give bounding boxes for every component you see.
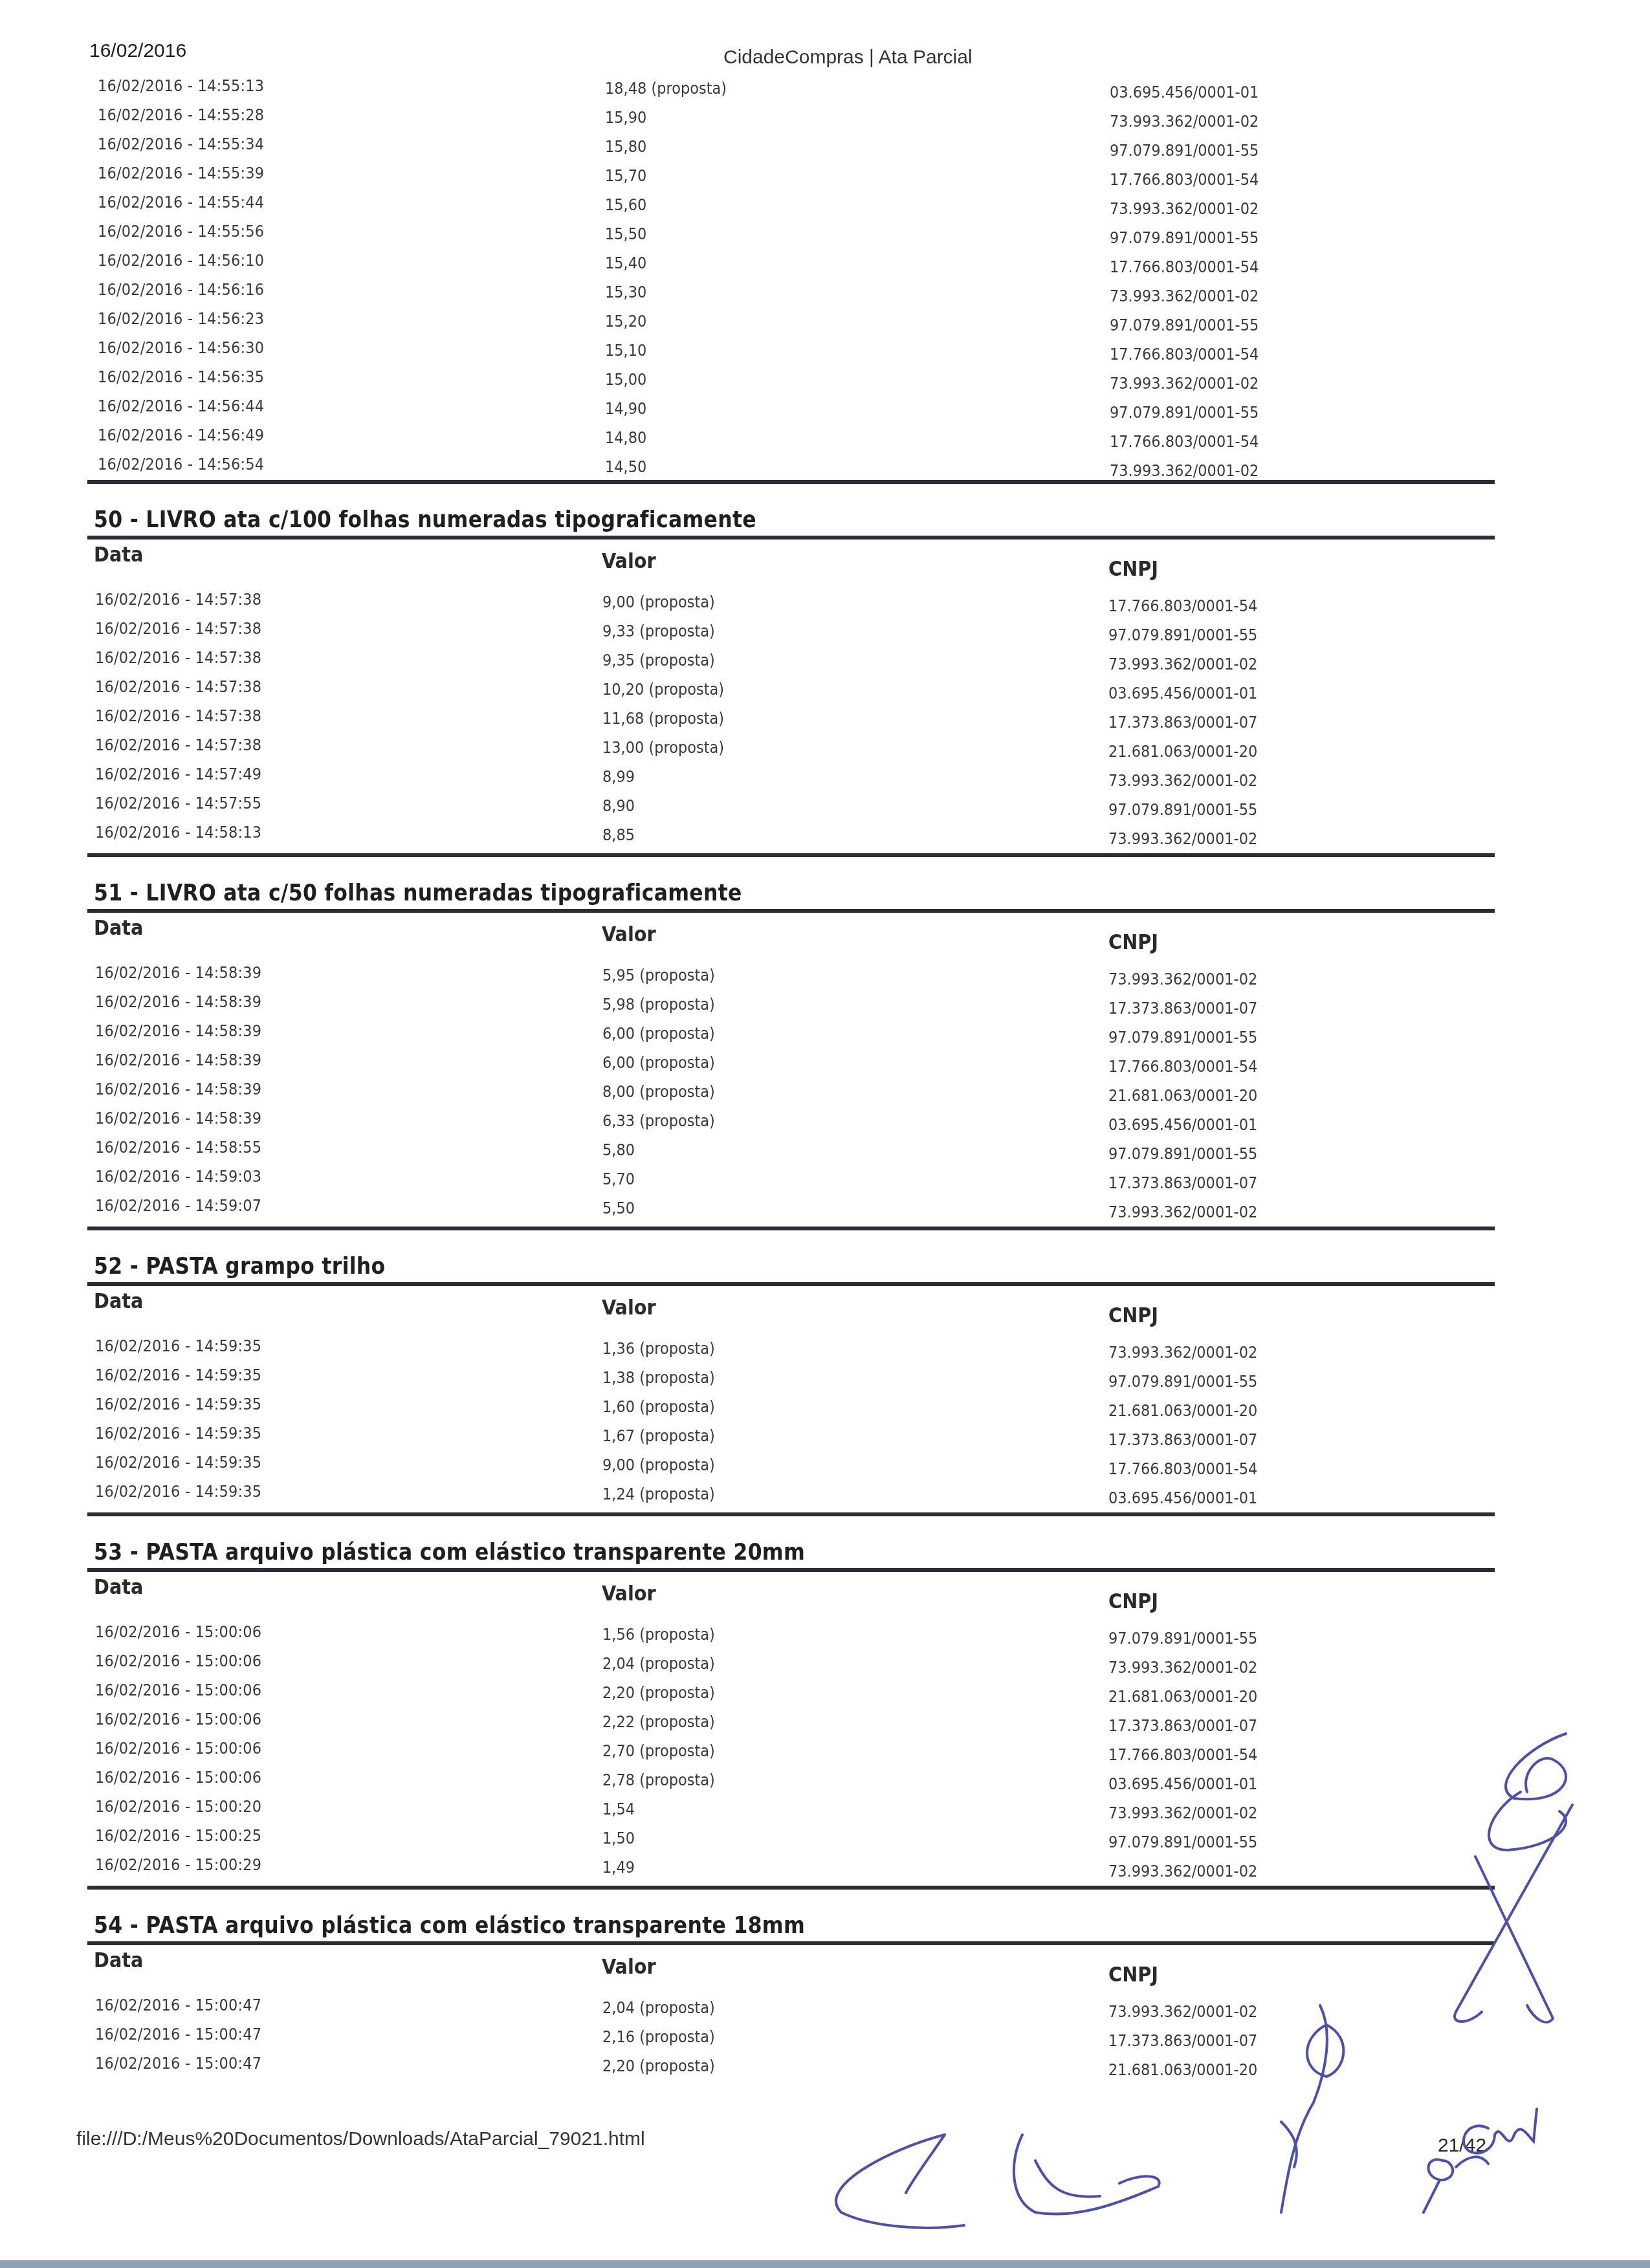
bid-date: 16/02/2016 - 14:59:03 xyxy=(95,1167,261,1186)
bid-value: 9,00 (proposta) xyxy=(602,593,715,611)
bid-row: 16/02/2016 - 14:57:558,9097.079.891/0001… xyxy=(87,790,1495,819)
column-headers: DataValorCNPJ xyxy=(87,913,1495,959)
bid-row: 16/02/2016 - 14:58:396,00 (proposta)97.0… xyxy=(87,1018,1495,1047)
bid-value: 1,49 xyxy=(602,1858,635,1877)
bid-date: 16/02/2016 - 14:55:44 xyxy=(98,193,264,212)
bid-cnpj: 73.993.362/0001-02 xyxy=(1108,771,1257,790)
bid-date: 16/02/2016 - 15:00:06 xyxy=(95,1681,261,1699)
bid-value: 15,70 xyxy=(605,166,646,185)
bid-row: 16/02/2016 - 14:57:389,33 (proposta)97.0… xyxy=(87,615,1495,644)
bid-date: 16/02/2016 - 14:56:35 xyxy=(98,367,264,386)
bid-row: 16/02/2016 - 14:56:1015,4017.766.803/000… xyxy=(87,247,1495,276)
bid-cnpj: 17.766.803/0001-54 xyxy=(1108,596,1257,615)
bid-date: 16/02/2016 - 15:00:06 xyxy=(95,1768,261,1787)
bid-value: 5,95 (proposta) xyxy=(602,966,715,985)
bid-date: 16/02/2016 - 14:55:34 xyxy=(98,135,264,153)
bid-row: 16/02/2016 - 14:57:3813,00 (proposta)21.… xyxy=(87,732,1495,761)
section-divider xyxy=(87,1512,1495,1516)
item-section: 53 - PASTA arquivo plástica com elástico… xyxy=(87,1537,1495,1890)
bid-cnpj: 73.993.362/0001-02 xyxy=(1108,1862,1257,1881)
bid-cnpj: 17.766.803/0001-54 xyxy=(1108,1057,1257,1076)
bid-date: 16/02/2016 - 14:59:07 xyxy=(95,1196,261,1215)
bid-row: 16/02/2016 - 15:00:201,5473.993.362/0001… xyxy=(87,1793,1495,1822)
bid-row: 16/02/2016 - 15:00:472,20 (proposta)21.6… xyxy=(87,2050,1495,2079)
bid-value: 1,67 (proposta) xyxy=(602,1426,715,1445)
signature-middle-icon xyxy=(1014,2135,1160,2214)
bid-cnpj: 73.993.362/0001-02 xyxy=(1110,374,1259,393)
bid-row: 16/02/2016 - 14:59:351,60 (proposta)21.6… xyxy=(87,1391,1495,1420)
bid-cnpj: 97.079.891/0001-55 xyxy=(1108,1833,1257,1851)
bid-date: 16/02/2016 - 15:00:20 xyxy=(95,1797,261,1816)
bid-value: 14,90 xyxy=(605,399,646,418)
bid-cnpj: 97.079.891/0001-55 xyxy=(1108,1629,1257,1648)
bid-date: 16/02/2016 - 15:00:06 xyxy=(95,1739,261,1758)
bid-date: 16/02/2016 - 15:00:47 xyxy=(95,2054,261,2073)
column-headers: DataValorCNPJ xyxy=(87,1286,1495,1333)
bid-cnpj: 17.373.863/0001-07 xyxy=(1108,1430,1257,1449)
bid-cnpj: 73.993.362/0001-02 xyxy=(1110,287,1259,305)
bid-value: 1,50 xyxy=(602,1829,635,1848)
bid-date: 16/02/2016 - 14:57:38 xyxy=(95,736,261,754)
bid-row: 16/02/2016 - 14:56:3015,1017.766.803/000… xyxy=(87,334,1495,364)
bid-cnpj: 73.993.362/0001-02 xyxy=(1110,461,1259,480)
column-header-date: Data xyxy=(94,1948,144,1972)
section-title: 52 - PASTA grampo trilho xyxy=(87,1251,1495,1282)
bid-date: 16/02/2016 - 14:56:30 xyxy=(98,338,264,357)
bid-row: 16/02/2016 - 15:00:062,70 (proposta)17.7… xyxy=(87,1735,1495,1764)
bid-list: 16/02/2016 - 15:00:472,04 (proposta)73.9… xyxy=(87,1992,1495,2079)
bid-date: 16/02/2016 - 14:57:38 xyxy=(95,619,261,638)
bid-row: 16/02/2016 - 14:57:389,00 (proposta)17.7… xyxy=(87,586,1495,615)
bid-row: 16/02/2016 - 15:00:062,22 (proposta)17.3… xyxy=(87,1706,1495,1735)
bid-row: 16/02/2016 - 14:59:351,24 (proposta)03.6… xyxy=(87,1478,1495,1507)
bid-value: 1,24 (proposta) xyxy=(602,1485,715,1503)
bid-row: 16/02/2016 - 15:00:251,5097.079.891/0001… xyxy=(87,1822,1495,1851)
bid-row: 16/02/2016 - 15:00:062,78 (proposta)03.6… xyxy=(87,1764,1495,1793)
bid-value: 2,22 (proposta) xyxy=(602,1712,715,1731)
bid-value: 5,50 xyxy=(602,1199,635,1217)
bid-row: 16/02/2016 - 14:57:3811,68 (proposta)17.… xyxy=(87,703,1495,732)
bid-row: 16/02/2016 - 15:00:472,16 (proposta)17.3… xyxy=(87,2021,1495,2050)
bid-cnpj: 03.695.456/0001-01 xyxy=(1108,684,1257,703)
bid-date: 16/02/2016 - 14:56:23 xyxy=(98,309,264,328)
column-header-date: Data xyxy=(94,1289,144,1313)
bid-value: 8,85 xyxy=(602,825,635,844)
bid-cnpj: 17.766.803/0001-54 xyxy=(1110,170,1259,189)
bid-date: 16/02/2016 - 15:00:06 xyxy=(95,1622,261,1641)
bid-cnpj: 97.079.891/0001-55 xyxy=(1110,403,1259,422)
bid-row: 16/02/2016 - 14:56:5414,5073.993.362/000… xyxy=(87,451,1495,480)
bid-value: 2,16 (proposta) xyxy=(602,2027,715,2046)
bid-date: 16/02/2016 - 14:59:35 xyxy=(95,1366,261,1384)
bid-date: 16/02/2016 - 15:00:47 xyxy=(95,1996,261,2014)
bid-list: 16/02/2016 - 15:00:061,56 (proposta)97.0… xyxy=(87,1619,1495,1881)
bid-value: 15,00 xyxy=(605,370,646,389)
bid-cnpj: 73.993.362/0001-02 xyxy=(1108,829,1257,848)
bid-date: 16/02/2016 - 14:56:16 xyxy=(98,280,264,299)
bid-cnpj: 73.993.362/0001-02 xyxy=(1110,199,1259,218)
bid-cnpj: 21.681.063/0001-20 xyxy=(1108,742,1257,761)
bid-list: 16/02/2016 - 14:59:351,36 (proposta)73.9… xyxy=(87,1333,1495,1507)
column-header-date: Data xyxy=(94,1575,144,1599)
bid-value: 14,80 xyxy=(605,428,646,447)
column-header-cnpj: CNPJ xyxy=(1108,1303,1158,1327)
bid-cnpj: 73.993.362/0001-02 xyxy=(1108,1203,1257,1221)
bid-row: 16/02/2016 - 15:00:291,4973.993.362/0001… xyxy=(87,1851,1495,1881)
bid-value: 1,60 (proposta) xyxy=(602,1397,715,1416)
column-header-cnpj: CNPJ xyxy=(1108,1589,1158,1613)
section-divider xyxy=(87,853,1495,857)
bid-value: 8,00 (proposta) xyxy=(602,1082,715,1101)
bid-value: 9,00 (proposta) xyxy=(602,1456,715,1474)
bid-date: 16/02/2016 - 15:00:47 xyxy=(95,2025,261,2044)
bid-row: 16/02/2016 - 14:58:395,98 (proposta)17.3… xyxy=(87,988,1495,1018)
column-headers: DataValorCNPJ xyxy=(87,540,1495,586)
bid-date: 16/02/2016 - 15:00:06 xyxy=(95,1652,261,1670)
bid-cnpj: 97.079.891/0001-55 xyxy=(1108,1028,1257,1047)
bid-value: 2,04 (proposta) xyxy=(602,1998,715,2017)
bid-row: 16/02/2016 - 14:58:398,00 (proposta)21.6… xyxy=(87,1076,1495,1105)
bid-date: 16/02/2016 - 14:58:55 xyxy=(95,1138,261,1157)
bid-value: 15,10 xyxy=(605,341,646,360)
bid-value: 2,78 (proposta) xyxy=(602,1771,715,1789)
item-section: 52 - PASTA grampo trilhoDataValorCNPJ16/… xyxy=(87,1251,1495,1516)
bid-row: 16/02/2016 - 14:58:396,00 (proposta)17.7… xyxy=(87,1047,1495,1076)
column-header-cnpj: CNPJ xyxy=(1108,930,1158,954)
bid-cnpj: 17.766.803/0001-54 xyxy=(1108,1459,1257,1478)
bid-cnpj: 03.695.456/0001-01 xyxy=(1108,1774,1257,1793)
bid-date: 16/02/2016 - 14:58:13 xyxy=(95,823,261,842)
item-section: 54 - PASTA arquivo plástica com elástico… xyxy=(87,1910,1495,2079)
bid-date: 16/02/2016 - 14:58:39 xyxy=(95,963,261,982)
bid-cnpj: 21.681.063/0001-20 xyxy=(1108,1086,1257,1105)
bid-date: 16/02/2016 - 14:57:49 xyxy=(95,765,261,783)
bid-value: 18,48 (proposta) xyxy=(605,79,727,98)
bid-row: 16/02/2016 - 14:55:3915,7017.766.803/000… xyxy=(87,160,1495,189)
bid-cnpj: 17.373.863/0001-07 xyxy=(1108,1716,1257,1735)
bid-value: 10,20 (proposta) xyxy=(602,680,724,699)
bid-row: 16/02/2016 - 14:58:396,33 (proposta)03.6… xyxy=(87,1105,1495,1134)
signature-initials-icon xyxy=(1489,1734,1566,1850)
bid-list: 16/02/2016 - 14:57:389,00 (proposta)17.7… xyxy=(87,586,1495,848)
header-title: CidadeCompras | Ata Parcial xyxy=(723,47,973,69)
bid-date: 16/02/2016 - 15:00:06 xyxy=(95,1710,261,1728)
bid-date: 16/02/2016 - 14:57:38 xyxy=(95,706,261,725)
bid-date: 16/02/2016 - 14:58:39 xyxy=(95,1021,261,1040)
bid-value: 6,00 (proposta) xyxy=(602,1053,715,1072)
bid-date: 16/02/2016 - 14:57:38 xyxy=(95,648,261,667)
bid-row: 16/02/2016 - 14:55:3415,8097.079.891/000… xyxy=(87,131,1495,160)
bid-date: 16/02/2016 - 14:56:10 xyxy=(98,251,264,270)
bid-row: 16/02/2016 - 14:55:2815,9073.993.362/000… xyxy=(87,102,1495,131)
column-header-value: Valor xyxy=(602,922,656,946)
bid-value: 6,00 (proposta) xyxy=(602,1024,715,1043)
bid-value: 1,56 (proposta) xyxy=(602,1625,715,1644)
bid-row: 16/02/2016 - 15:00:062,04 (proposta)73.9… xyxy=(87,1648,1495,1677)
bid-row: 16/02/2016 - 14:59:351,67 (proposta)17.3… xyxy=(87,1420,1495,1449)
bid-cnpj: 73.993.362/0001-02 xyxy=(1108,1343,1257,1362)
section-divider xyxy=(87,480,1495,484)
bid-date: 16/02/2016 - 14:58:39 xyxy=(95,1109,261,1128)
bid-date: 16/02/2016 - 14:56:44 xyxy=(98,397,264,415)
bid-date: 16/02/2016 - 14:57:55 xyxy=(95,794,261,812)
bid-cnpj: 17.766.803/0001-54 xyxy=(1110,257,1259,276)
section-divider xyxy=(87,1227,1495,1230)
bid-value: 8,90 xyxy=(602,796,635,815)
document-body: 16/02/2016 - 14:55:1318,48 (proposta)03.… xyxy=(87,72,1495,2079)
bid-row: 16/02/2016 - 15:00:061,56 (proposta)97.0… xyxy=(87,1619,1495,1648)
bid-cnpj: 17.373.863/0001-07 xyxy=(1108,2031,1257,2050)
bid-date: 16/02/2016 - 14:55:39 xyxy=(98,164,264,182)
bid-value: 2,20 (proposta) xyxy=(602,1683,715,1702)
bid-value: 13,00 (proposta) xyxy=(602,738,724,757)
bid-list: 16/02/2016 - 14:58:395,95 (proposta)73.9… xyxy=(87,959,1495,1221)
bid-date: 16/02/2016 - 15:00:29 xyxy=(95,1855,261,1874)
section-title: 51 - LIVRO ata c/50 folhas numeradas tip… xyxy=(87,878,1495,909)
bid-cnpj: 97.079.891/0001-55 xyxy=(1110,141,1259,160)
bid-date: 16/02/2016 - 14:55:28 xyxy=(98,105,264,124)
bid-value: 15,90 xyxy=(605,108,646,127)
section-title: 50 - LIVRO ata c/100 folhas numeradas ti… xyxy=(87,505,1495,536)
bid-row: 16/02/2016 - 14:55:1318,48 (proposta)03.… xyxy=(87,72,1495,102)
bid-value: 9,35 (proposta) xyxy=(602,651,715,670)
column-header-value: Valor xyxy=(602,1581,656,1606)
bid-cnpj: 03.695.456/0001-01 xyxy=(1110,83,1259,102)
bid-date: 16/02/2016 - 14:59:35 xyxy=(95,1424,261,1443)
bid-date: 16/02/2016 - 14:55:56 xyxy=(98,222,264,241)
column-header-value: Valor xyxy=(602,1954,656,1979)
bid-value: 5,70 xyxy=(602,1170,635,1188)
bid-value: 15,80 xyxy=(605,137,646,156)
bid-cnpj: 21.681.063/0001-20 xyxy=(1108,1687,1257,1706)
bid-cnpj: 17.766.803/0001-54 xyxy=(1110,432,1259,451)
bid-cnpj: 03.695.456/0001-01 xyxy=(1108,1115,1257,1134)
bid-row: 16/02/2016 - 14:58:555,8097.079.891/0001… xyxy=(87,1134,1495,1163)
bid-value: 15,20 xyxy=(605,312,646,331)
bid-row: 16/02/2016 - 14:57:3810,20 (proposta)03.… xyxy=(87,673,1495,703)
bid-value: 2,70 (proposta) xyxy=(602,1741,715,1760)
bid-row: 16/02/2016 - 14:56:2315,2097.079.891/000… xyxy=(87,305,1495,334)
bid-row: 16/02/2016 - 14:59:035,7017.373.863/0001… xyxy=(87,1163,1495,1192)
header-date: 16/02/2016 xyxy=(89,40,186,62)
section-divider xyxy=(87,1886,1495,1890)
footer-url: file:///D:/Meus%20Documentos/Downloads/A… xyxy=(76,2128,645,2150)
bid-date: 16/02/2016 - 14:59:35 xyxy=(95,1395,261,1413)
column-header-value: Valor xyxy=(602,1295,656,1320)
page-number: 21/42 xyxy=(1438,2135,1486,2157)
bid-date: 16/02/2016 - 14:59:35 xyxy=(95,1336,261,1355)
bid-value: 14,50 xyxy=(605,457,646,476)
bid-date: 16/02/2016 - 14:59:35 xyxy=(95,1453,261,1472)
bid-value: 15,50 xyxy=(605,224,646,243)
continued-bid-list: 16/02/2016 - 14:55:1318,48 (proposta)03.… xyxy=(87,72,1495,480)
bid-cnpj: 73.993.362/0001-02 xyxy=(1108,2002,1257,2021)
bid-row: 16/02/2016 - 14:56:4914,8017.766.803/000… xyxy=(87,422,1495,451)
bid-row: 16/02/2016 - 14:59:359,00 (proposta)17.7… xyxy=(87,1449,1495,1478)
bid-row: 16/02/2016 - 14:56:4414,9097.079.891/000… xyxy=(87,393,1495,422)
bid-value: 15,30 xyxy=(605,283,646,301)
section-title: 53 - PASTA arquivo plástica com elástico… xyxy=(87,1537,1495,1568)
bid-cnpj: 73.993.362/0001-02 xyxy=(1108,655,1257,673)
bid-cnpj: 21.681.063/0001-20 xyxy=(1108,2060,1257,2079)
bid-value: 1,36 (proposta) xyxy=(602,1339,715,1358)
bid-value: 1,38 (proposta) xyxy=(602,1368,715,1387)
bid-cnpj: 97.079.891/0001-55 xyxy=(1108,1144,1257,1163)
bid-value: 15,40 xyxy=(605,254,646,272)
signature-left-icon xyxy=(836,2135,964,2228)
bid-row: 16/02/2016 - 14:58:395,95 (proposta)73.9… xyxy=(87,959,1495,988)
bid-row: 16/02/2016 - 14:58:138,8573.993.362/0001… xyxy=(87,819,1495,848)
bid-value: 6,33 (proposta) xyxy=(602,1111,715,1130)
bid-row: 16/02/2016 - 14:55:5615,5097.079.891/000… xyxy=(87,218,1495,247)
bid-date: 16/02/2016 - 14:58:39 xyxy=(95,992,261,1011)
bid-cnpj: 17.766.803/0001-54 xyxy=(1110,345,1259,364)
bid-cnpj: 97.079.891/0001-55 xyxy=(1110,316,1259,334)
bid-value: 5,98 (proposta) xyxy=(602,995,715,1014)
bid-row: 16/02/2016 - 15:00:062,20 (proposta)21.6… xyxy=(87,1677,1495,1706)
bid-cnpj: 17.373.863/0001-07 xyxy=(1108,713,1257,732)
column-header-cnpj: CNPJ xyxy=(1108,556,1158,581)
bid-date: 16/02/2016 - 14:56:49 xyxy=(98,426,264,444)
column-headers: DataValorCNPJ xyxy=(87,1945,1495,1992)
bid-date: 16/02/2016 - 14:56:54 xyxy=(98,455,264,474)
bid-value: 11,68 (proposta) xyxy=(602,709,724,728)
bid-row: 16/02/2016 - 14:56:1615,3073.993.362/000… xyxy=(87,276,1495,305)
scan-edge xyxy=(0,2260,1650,2268)
bid-row: 16/02/2016 - 14:57:389,35 (proposta)73.9… xyxy=(87,644,1495,673)
bid-cnpj: 97.079.891/0001-55 xyxy=(1108,800,1257,819)
column-header-date: Data xyxy=(94,542,144,567)
bid-row: 16/02/2016 - 14:59:351,38 (proposta)97.0… xyxy=(87,1362,1495,1391)
bid-value: 8,99 xyxy=(602,767,635,786)
column-header-value: Valor xyxy=(602,549,656,573)
bid-cnpj: 97.079.891/0001-55 xyxy=(1108,626,1257,644)
bid-date: 16/02/2016 - 14:58:39 xyxy=(95,1080,261,1098)
bid-cnpj: 17.373.863/0001-07 xyxy=(1108,999,1257,1018)
bid-value: 2,20 (proposta) xyxy=(602,2056,715,2075)
item-section: 50 - LIVRO ata c/100 folhas numeradas ti… xyxy=(87,505,1495,857)
bid-value: 2,04 (proposta) xyxy=(602,1654,715,1673)
bid-row: 16/02/2016 - 14:59:351,36 (proposta)73.9… xyxy=(87,1333,1495,1362)
bid-cnpj: 97.079.891/0001-55 xyxy=(1110,228,1259,247)
bid-row: 16/02/2016 - 14:59:075,5073.993.362/0001… xyxy=(87,1192,1495,1221)
bid-value: 15,60 xyxy=(605,195,646,214)
bid-cnpj: 17.373.863/0001-07 xyxy=(1108,1173,1257,1192)
signature-9c-icon xyxy=(1424,2157,1488,2212)
column-header-date: Data xyxy=(94,915,144,940)
bid-cnpj: 73.993.362/0001-02 xyxy=(1108,1804,1257,1822)
bid-cnpj: 17.766.803/0001-54 xyxy=(1108,1745,1257,1764)
bid-date: 16/02/2016 - 14:55:13 xyxy=(98,76,264,95)
column-header-cnpj: CNPJ xyxy=(1108,1962,1158,1987)
bid-date: 16/02/2016 - 14:59:35 xyxy=(95,1482,261,1501)
bid-cnpj: 73.993.362/0001-02 xyxy=(1108,1658,1257,1677)
item-section: 51 - LIVRO ata c/50 folhas numeradas tip… xyxy=(87,878,1495,1230)
bid-cnpj: 97.079.891/0001-55 xyxy=(1108,1372,1257,1391)
bid-date: 16/02/2016 - 14:58:39 xyxy=(95,1051,261,1069)
column-headers: DataValorCNPJ xyxy=(87,1572,1495,1619)
bid-date: 16/02/2016 - 15:00:25 xyxy=(95,1826,261,1845)
bid-row: 16/02/2016 - 15:00:472,04 (proposta)73.9… xyxy=(87,1992,1495,2021)
section-title: 54 - PASTA arquivo plástica com elástico… xyxy=(87,1910,1495,1941)
bid-row: 16/02/2016 - 14:57:498,9973.993.362/0001… xyxy=(87,761,1495,790)
item-sections: 50 - LIVRO ata c/100 folhas numeradas ti… xyxy=(87,505,1495,2079)
bid-cnpj: 21.681.063/0001-20 xyxy=(1108,1401,1257,1420)
bid-date: 16/02/2016 - 14:57:38 xyxy=(95,677,261,696)
bid-date: 16/02/2016 - 14:57:38 xyxy=(95,590,261,609)
bid-cnpj: 73.993.362/0001-02 xyxy=(1110,112,1259,131)
bid-row: 16/02/2016 - 14:55:4415,6073.993.362/000… xyxy=(87,189,1495,218)
bid-value: 5,80 xyxy=(602,1140,635,1159)
bid-value: 9,33 (proposta) xyxy=(602,622,715,640)
bid-row: 16/02/2016 - 14:56:3515,0073.993.362/000… xyxy=(87,364,1495,393)
bid-cnpj: 03.695.456/0001-01 xyxy=(1108,1488,1257,1507)
bid-cnpj: 73.993.362/0001-02 xyxy=(1108,970,1257,988)
bid-value: 1,54 xyxy=(602,1800,635,1818)
